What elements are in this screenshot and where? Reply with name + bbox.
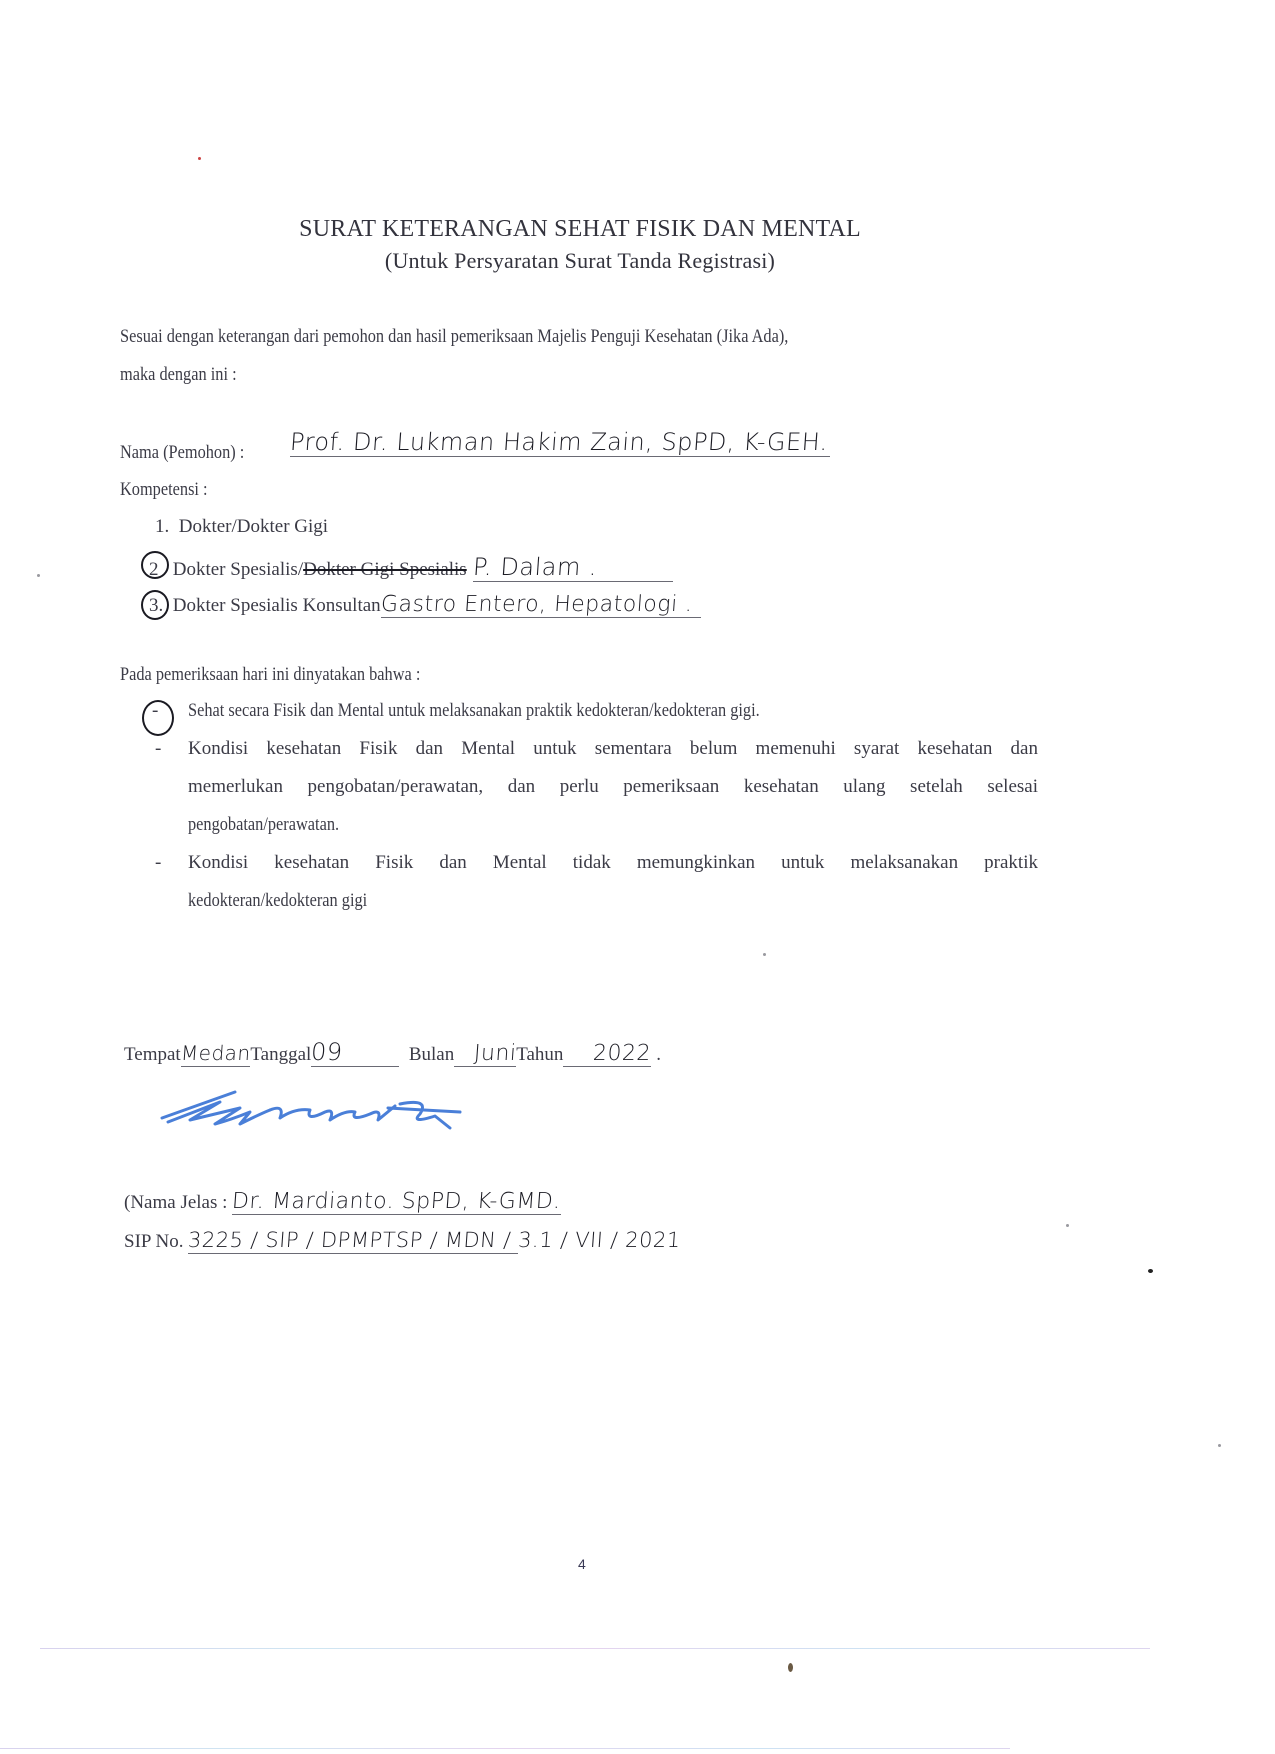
scan-speck [763, 953, 766, 956]
place-handwritten: Medan [180, 1041, 251, 1065]
document-title: SURAT KETERANGAN SEHAT FISIK DAN MENTAL [0, 216, 1160, 243]
page-number: 4 [578, 1556, 586, 1572]
intro-line-1: Sesuai dengan keterangan dari pemohon da… [120, 326, 897, 348]
exam-item-3-line-1: Kondisi kesehatan Fisik dan Mental tidak… [188, 852, 1038, 874]
specialty-handwritten: P. Dalam . [472, 553, 598, 581]
sip-line: SIP No. 3225 / SIP / DPMPTSP / MDN / 3.1… [124, 1228, 518, 1254]
struck-text: Dokter Gigi Spesialis [303, 559, 467, 580]
signer-name-handwritten: Dr. Mardianto. SpPD, K-GMD. [231, 1189, 561, 1214]
applicant-label: Nama (Pemohon) : [120, 442, 265, 464]
exam-item-2-line-3: pengobatan/perawatan. [188, 814, 364, 836]
exam-item-1: Sehat secara Fisik dan Mental untuk mela… [188, 700, 853, 722]
scan-speck [1066, 1224, 1069, 1227]
exam-label: Pada pemeriksaan hari ini dinyatakan bah… [120, 664, 469, 686]
place-date-line: TempatMedanTanggal09 BulanJuniTahun2022 … [124, 1038, 661, 1067]
scan-speck [37, 574, 40, 577]
signature-image [160, 1080, 560, 1150]
exam-item-1-bullet: - [152, 700, 158, 722]
month-handwritten: Juni [473, 1041, 517, 1066]
scan-line-divider [40, 1648, 1150, 1649]
exam-item-3-bullet: - [155, 852, 161, 874]
exam-item-2-bullet: - [155, 738, 161, 760]
intro-line-2: maka dengan ini : [120, 364, 256, 386]
signer-name-line: (Nama Jelas : Dr. Mardianto. SpPD, K-GMD… [124, 1189, 561, 1215]
competence-label: Kompetensi : [120, 479, 222, 501]
competence-item-3: 3. Dokter Spesialis KonsultanGastro Ente… [149, 592, 701, 618]
applicant-name-handwritten: Prof. Dr. Lukman Hakim Zain, SpPD, K-GEH… [289, 428, 829, 456]
exam-item-2-line-2: memerlukan pengobatan/perawatan, dan per… [188, 776, 1038, 798]
scan-speck [788, 1663, 793, 1672]
scan-speck [1218, 1444, 1221, 1447]
applicant-name-field: Prof. Dr. Lukman Hakim Zain, SpPD, K-GEH… [290, 428, 830, 457]
year-handwritten: 2022 [593, 1041, 653, 1066]
scan-speck [1148, 1269, 1153, 1273]
scan-bottom-edge [0, 1748, 1010, 1749]
document-subtitle: (Untuk Persyaratan Surat Tanda Registras… [0, 248, 1160, 274]
competence-item-2: 2 Dokter Spesialis/Dokter Gigi Spesialis… [149, 553, 673, 582]
consultant-handwritten: Gastro Entero, Hepatologi . [380, 592, 693, 617]
exam-item-2-line-1: Kondisi kesehatan Fisik dan Mental untuk… [188, 738, 1038, 760]
competence-item-1: 1. Dokter/Dokter Gigi [155, 516, 328, 538]
scan-speck [198, 157, 201, 160]
day-handwritten: 09 [310, 1038, 344, 1066]
exam-item-3-line-2: kedokteran/kedokteran gigi [188, 890, 396, 912]
sip-handwritten: 3225 / SIP / DPMPTSP / MDN / 3.1 / VII /… [187, 1228, 681, 1252]
